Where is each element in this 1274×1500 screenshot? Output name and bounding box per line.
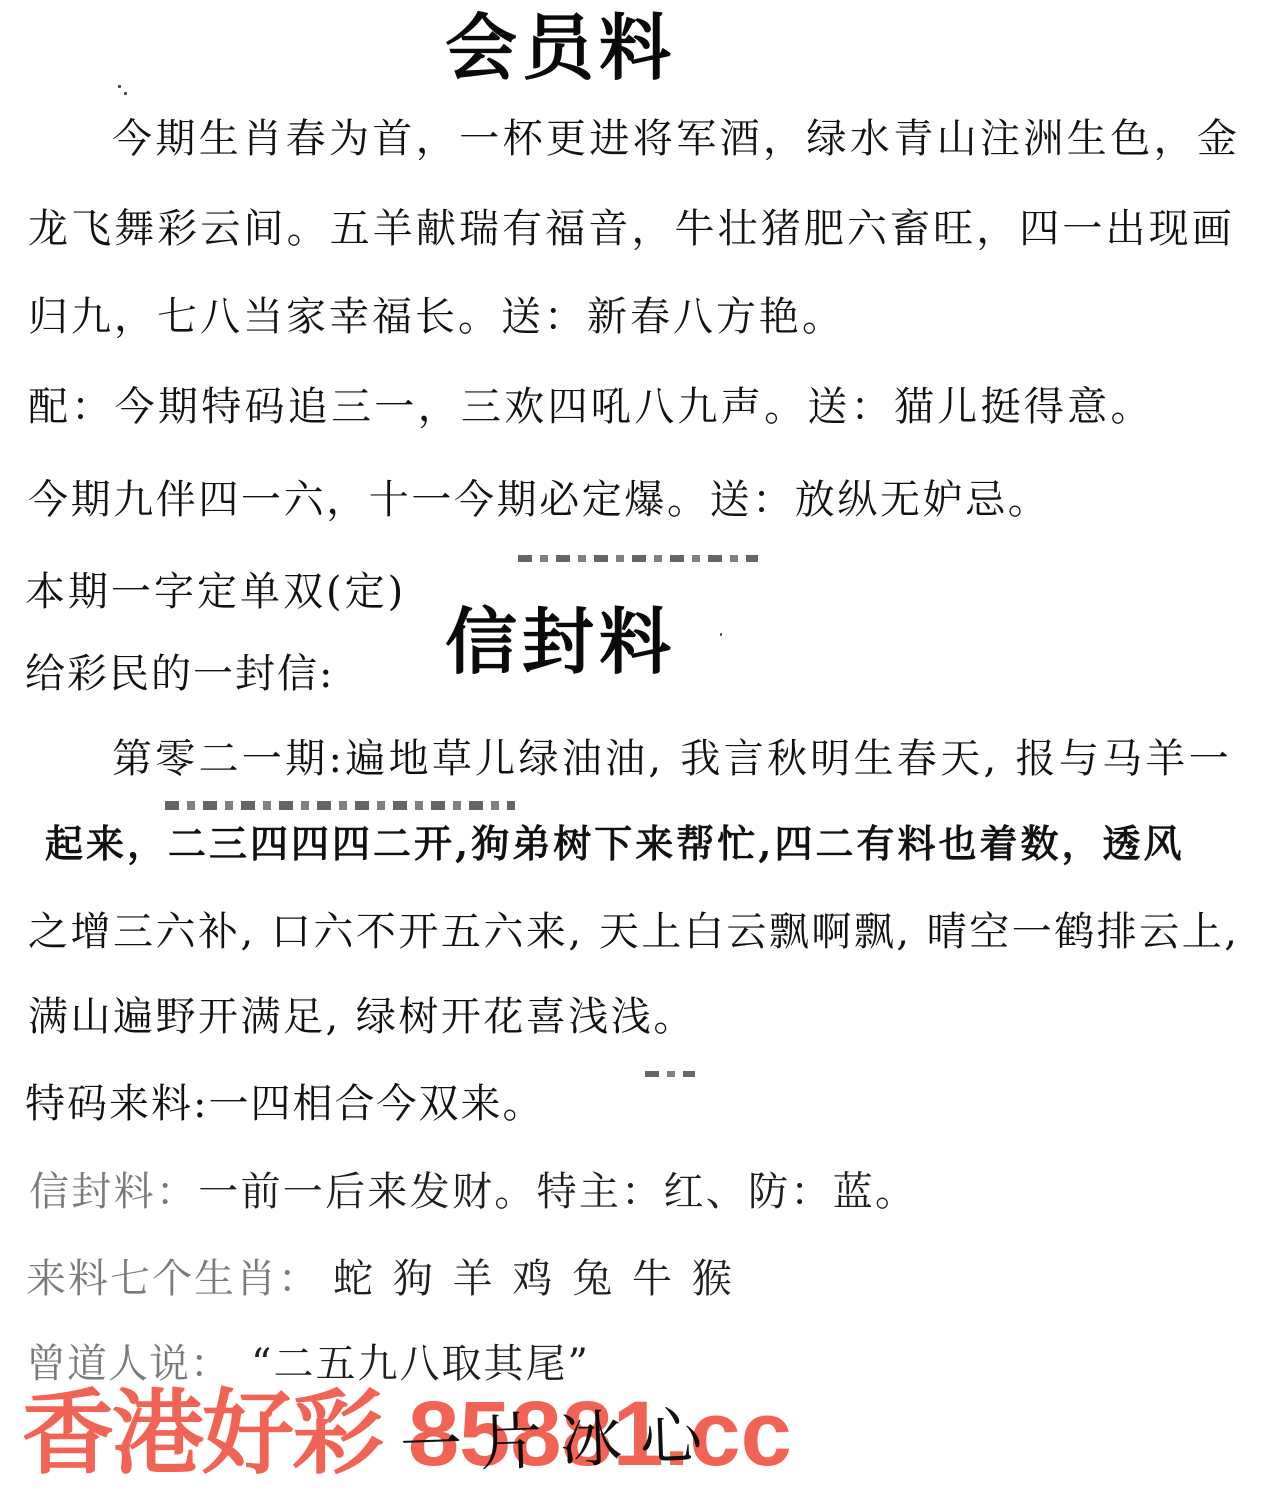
quote-text: “二五九八取其尾” xyxy=(251,1341,590,1387)
scan-speck xyxy=(720,633,722,636)
zodiac-animal: 狗 xyxy=(393,1259,433,1299)
site-watermark: 香港好彩85881.cc xyxy=(22,1388,792,1480)
letter-line-2: 起来，二三四四四二开,狗弟树下来帮忙,四二有料也着数，透风 xyxy=(45,825,1184,863)
zodiac-animal: 羊 xyxy=(453,1259,493,1299)
zodiac-animal: 兔 xyxy=(572,1259,612,1299)
scan-speck xyxy=(124,92,127,95)
zodiac-animal: 猴 xyxy=(692,1259,732,1299)
letter-heading: 给彩民的一封信: xyxy=(25,654,334,694)
zodiac-pick-label: 来料七个生肖： xyxy=(26,1256,320,1302)
letter-line-4: 满山遍野开满足, 绿树开花喜浅浅。 xyxy=(28,997,696,1037)
scanned-document-page: 会员料 今期生肖春为首，一杯更进将军酒，绿水青山注洲生色，金 龙飞舞彩云间。五羊… xyxy=(0,0,1274,1500)
member-line-3: 归九，七八当家幸福长。送：新春八方艳。 xyxy=(28,297,845,337)
envelope-tip-label: 信封料： xyxy=(29,1169,198,1215)
zodiac-animal: 蛇 xyxy=(333,1259,373,1299)
envelope-section-title: 信封料 xyxy=(445,606,676,678)
member-line-4: 配：今期特码追三一，三欢四吼八九声。送：猫儿挺得意。 xyxy=(28,387,1154,427)
quote-label: 曾道人说： xyxy=(26,1341,231,1387)
envelope-tip-text: 一前一后来发财。特主：红、防：蓝。 xyxy=(198,1169,917,1215)
single-double-pick: 本期一字定单双(定) xyxy=(25,572,406,612)
scan-artifact xyxy=(518,555,758,562)
zodiac-animal: 鸡 xyxy=(512,1259,552,1299)
envelope-tip-line: 信封料：一前一后来发财。特主：红、防：蓝。 xyxy=(29,1172,917,1212)
quote-line: 曾道人说：“二五九八取其尾” xyxy=(26,1344,590,1384)
member-line-2: 龙飞舞彩云间。五羊献瑞有福音，牛壮猪肥六畜旺，四一出现画 xyxy=(28,209,1235,249)
scan-artifact xyxy=(645,1071,695,1077)
member-line-1: 今期生肖春为首，一杯更进将军酒，绿水青山注洲生色，金 xyxy=(112,119,1240,159)
zodiac-animal: 牛 xyxy=(632,1259,672,1299)
scan-artifact xyxy=(165,801,515,810)
watermark-brand: 香港好彩 xyxy=(22,1383,382,1485)
letter-line-1: 第零二一期:遍地草儿绿油油, 我言秋明生春天, 报与马羊一 xyxy=(112,739,1232,779)
scan-speck xyxy=(118,85,121,88)
zodiac-animal-list: 蛇狗羊鸡兔牛猴 xyxy=(333,1256,752,1302)
watermark-domain: 85881.cc xyxy=(408,1383,792,1485)
special-code-line: 特码来料:一四相合今双来。 xyxy=(25,1084,544,1124)
member-line-5: 今期九伴四一六，十一今期必定爆。送：放纵无妒忌。 xyxy=(28,480,1050,520)
zodiac-pick-line: 来料七个生肖：蛇狗羊鸡兔牛猴 xyxy=(26,1259,752,1299)
member-section-title: 会员料 xyxy=(445,12,676,84)
letter-line-3: 之增三六补, 口六不开五六来, 天上白云飘啊飘, 晴空一鹤排云上, xyxy=(28,912,1240,952)
